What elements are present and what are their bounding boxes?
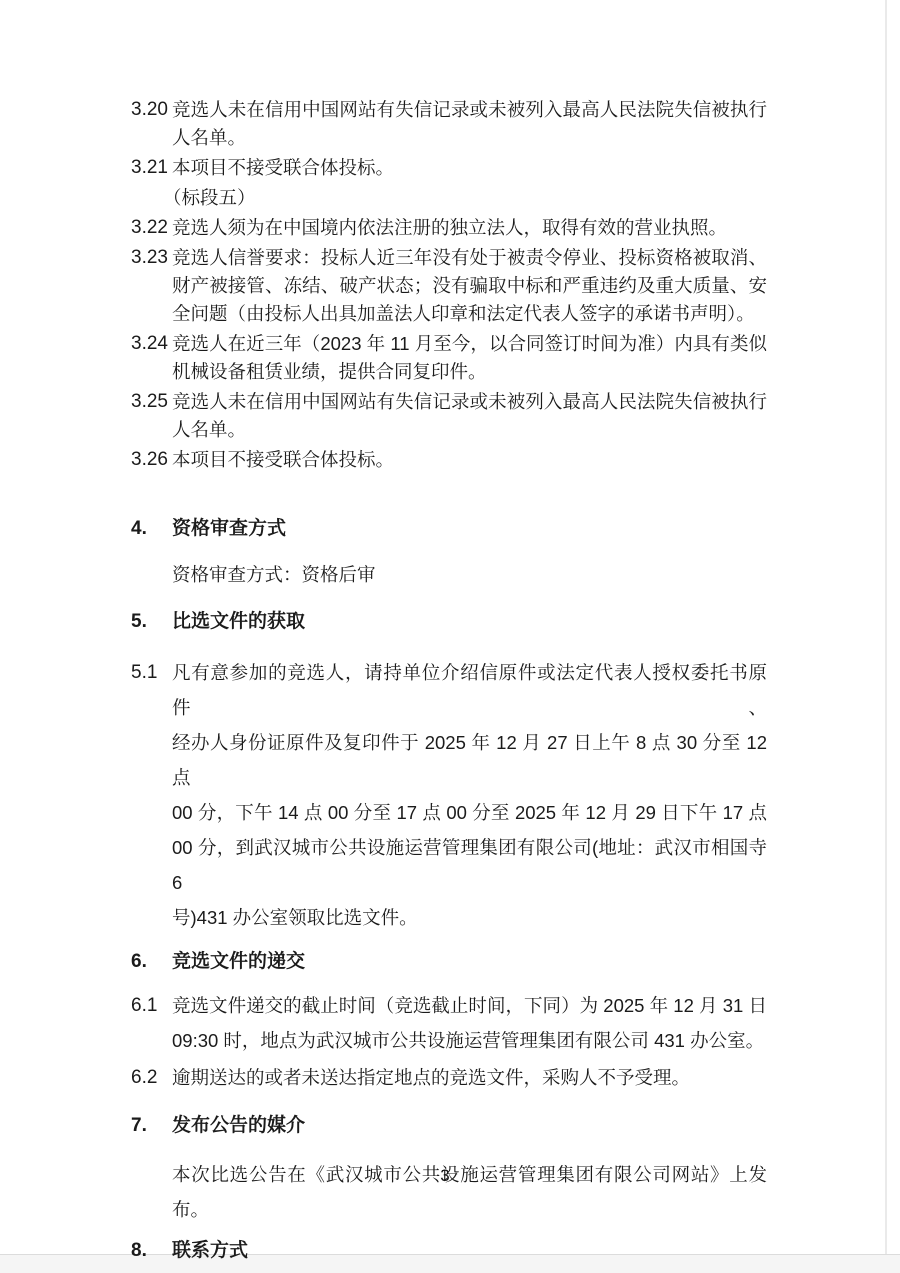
clause-row: 3.23竞选人信誉要求：投标人近三年没有处于被责令停业、投标资格被取消、财产被接…	[131, 244, 767, 328]
clause-row: 3.24竞选人在近三年（2023 年 11 月至今，以合同签订时间为准）内具有类…	[131, 330, 767, 386]
text-line: 00 分，到武汉城市公共设施运营管理集团有限公司(地址：武汉市相国寺 6	[172, 830, 767, 900]
clause-text: 竞选人未在信用中国网站有失信记录或未被列入最高人民法院失信被执行人名单。	[172, 388, 767, 444]
section-heading: 4.资格审查方式	[131, 515, 767, 543]
section-number: 4.	[131, 515, 172, 543]
text-line: 资格审查方式：资格后审	[172, 557, 767, 592]
paragraph-row: 5.1凡有意参加的竞选人，请持单位介绍信原件或法定代表人授权委托书原件、经办人身…	[131, 655, 767, 935]
section-heading: 6.竞选文件的递交	[131, 948, 767, 976]
text-line: 竞选人在近三年（2023 年 11 月至今，以合同签订时间为准）内具有类似	[172, 330, 767, 358]
text-line: 竞选人须为在中国境内依法注册的独立法人，取得有效的营业执照。	[172, 214, 767, 242]
text-line: 竞选人信誉要求：投标人近三年没有处于被责令停业、投标资格被取消、	[172, 244, 767, 272]
clause-list-section3: 3.20竞选人未在信用中国网站有失信记录或未被列入最高人民法院失信被执行人名单。…	[131, 96, 767, 474]
page-number: 3	[0, 1166, 890, 1186]
clause-number: 3.22	[131, 214, 172, 242]
clause-text: 本项目不接受联合体投标。	[172, 446, 767, 474]
text-line: 财产被接管、冻结、破产状态；没有骗取中标和严重违约及重大质量、安	[172, 272, 767, 300]
section-heading: 7.发布公告的媒介	[131, 1112, 767, 1140]
text-line: 00 分，下午 14 点 00 分至 17 点 00 分至 2025 年 12 …	[172, 795, 767, 830]
scan-page-edge-line	[885, 0, 887, 1254]
section: 6.竞选文件的递交6.1竞选文件递交的截止时间（竞选截止时间，下同）为 2025…	[131, 948, 767, 1095]
section: 5.比选文件的获取5.1凡有意参加的竞选人，请持单位介绍信原件或法定代表人授权委…	[131, 608, 767, 935]
text-line: （标段五）	[163, 184, 767, 212]
section-title: 比选文件的获取	[172, 608, 305, 636]
clause-text: 竞选人未在信用中国网站有失信记录或未被列入最高人民法院失信被执行人名单。	[172, 96, 767, 152]
clause-text: 竞选人须为在中国境内依法注册的独立法人，取得有效的营业执照。	[172, 214, 767, 242]
clause-number: 3.20	[131, 96, 172, 152]
section-number: 8.	[131, 1237, 172, 1265]
section-title: 联系方式	[172, 1237, 248, 1265]
clause-text: 竞选人信誉要求：投标人近三年没有处于被责令停业、投标资格被取消、财产被接管、冻结…	[172, 244, 767, 328]
text-line: 本项目不接受联合体投标。	[172, 446, 767, 474]
clause-number: 3.21	[131, 154, 172, 182]
text-line: 逾期送达的或者未送达指定地点的竞选文件，采购人不予受理。	[172, 1060, 767, 1095]
clause-number: 3.26	[131, 446, 172, 474]
text-line: 竞选人未在信用中国网站有失信记录或未被列入最高人民法院失信被执行	[172, 388, 767, 416]
text-line: 本项目不接受联合体投标。	[172, 154, 767, 182]
clause-text: 竞选人在近三年（2023 年 11 月至今，以合同签订时间为准）内具有类似机械设…	[172, 330, 767, 386]
text-line: 09:30 时，地点为武汉城市公共设施运营管理集团有限公司 431 办公室。	[172, 1023, 767, 1058]
paragraph-row: 资格审查方式：资格后审	[131, 557, 767, 592]
section-number: 5.	[131, 608, 172, 636]
paragraph-text: 逾期送达的或者未送达指定地点的竞选文件，采购人不予受理。	[172, 1060, 767, 1095]
text-line: 凡有意参加的竞选人，请持单位介绍信原件或法定代表人授权委托书原件、	[172, 655, 767, 725]
section-heading: 8.联系方式	[131, 1237, 767, 1265]
section-title: 竞选文件的递交	[172, 948, 305, 976]
paragraph-row: 6.2逾期送达的或者未送达指定地点的竞选文件，采购人不予受理。	[131, 1060, 767, 1095]
text-line: 人名单。	[172, 416, 767, 444]
clause-text: （标段五）	[172, 184, 767, 212]
section-heading: 5.比选文件的获取	[131, 608, 767, 636]
section-number: 6.	[131, 948, 172, 976]
paragraph-number: 6.1	[131, 988, 172, 1058]
clause-number: 3.23	[131, 244, 172, 328]
clause-row: 3.21本项目不接受联合体投标。	[131, 154, 767, 182]
clause-row: 3.25竞选人未在信用中国网站有失信记录或未被列入最高人民法院失信被执行人名单。	[131, 388, 767, 444]
clause-row: 3.20竞选人未在信用中国网站有失信记录或未被列入最高人民法院失信被执行人名单。	[131, 96, 767, 152]
text-line: 竞选人未在信用中国网站有失信记录或未被列入最高人民法院失信被执行	[172, 96, 767, 124]
text-line: 号)431 办公室领取比选文件。	[172, 900, 767, 935]
text-line: 全问题（由投标人出具加盖法人印章和法定代表人签字的承诺书声明）。	[172, 300, 767, 328]
document-content: 3.20竞选人未在信用中国网站有失信记录或未被列入最高人民法院失信被执行人名单。…	[131, 96, 767, 1265]
text-line: 经办人身份证原件及复印件于 2025 年 12 月 27 日上午 8 点 30 …	[172, 725, 767, 795]
text-line: 竞选文件递交的截止时间（竞选截止时间，下同）为 2025 年 12 月 31 日	[172, 988, 767, 1023]
document-page: 3.20竞选人未在信用中国网站有失信记录或未被列入最高人民法院失信被执行人名单。…	[0, 0, 900, 1273]
clause-row: 3.26本项目不接受联合体投标。	[131, 446, 767, 474]
clause-number: 3.24	[131, 330, 172, 386]
clause-row: （标段五）	[131, 184, 767, 212]
paragraph-number: 5.1	[131, 655, 172, 935]
clause-number: 3.25	[131, 388, 172, 444]
paragraph-text: 资格审查方式：资格后审	[172, 557, 767, 592]
numbered-sections: 4.资格审查方式资格审查方式：资格后审5.比选文件的获取5.1凡有意参加的竞选人…	[131, 515, 767, 1265]
paragraph-number: 6.2	[131, 1060, 172, 1095]
clause-row: 3.22竞选人须为在中国境内依法注册的独立法人，取得有效的营业执照。	[131, 214, 767, 242]
text-line: 机械设备租赁业绩，提供合同复印件。	[172, 358, 767, 386]
section-title: 发布公告的媒介	[172, 1112, 305, 1140]
section-number: 7.	[131, 1112, 172, 1140]
paragraph-text: 凡有意参加的竞选人，请持单位介绍信原件或法定代表人授权委托书原件、经办人身份证原…	[172, 655, 767, 935]
paragraph-text: 竞选文件递交的截止时间（竞选截止时间，下同）为 2025 年 12 月 31 日…	[172, 988, 767, 1058]
paragraph-number	[131, 557, 172, 592]
section: 8.联系方式	[131, 1237, 767, 1265]
section: 4.资格审查方式资格审查方式：资格后审	[131, 515, 767, 592]
clause-text: 本项目不接受联合体投标。	[172, 154, 767, 182]
section-title: 资格审查方式	[172, 515, 286, 543]
paragraph-row: 6.1竞选文件递交的截止时间（竞选截止时间，下同）为 2025 年 12 月 3…	[131, 988, 767, 1058]
text-line: 人名单。	[172, 124, 767, 152]
